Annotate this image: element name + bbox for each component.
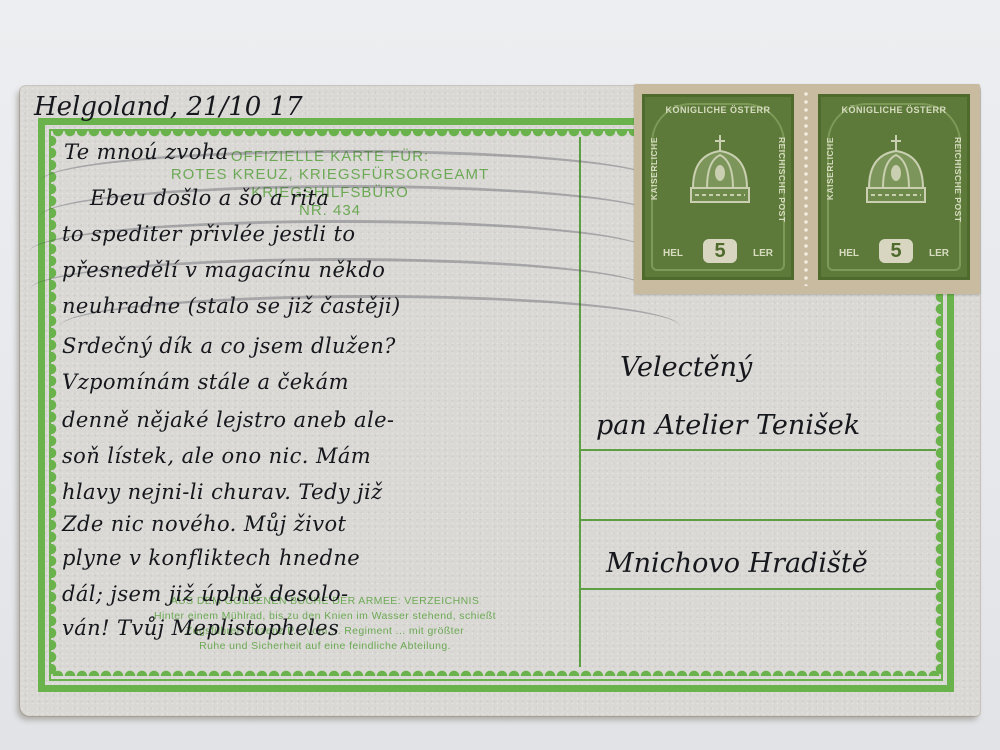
- message-line: Te mnoú zvoha: [64, 140, 229, 164]
- stamp-pair: KÖNIGLICHE ÖSTERR KAISERLICHE REICHISCHE…: [634, 84, 980, 294]
- stamp-text-left: KAISERLICHE: [649, 137, 659, 200]
- message-line: Vzpomínám stále a čekám: [62, 370, 349, 394]
- message-line: ván! Tvůj Meplistopheles: [62, 616, 339, 640]
- address-line-1: [581, 449, 936, 451]
- message-line: to spediter přivlée jestli to: [62, 222, 355, 246]
- stamp-unit-left: HEL: [663, 248, 683, 259]
- stamp-denomination: 5: [879, 239, 913, 263]
- message-line: neuhradne (stalo se již častěji): [62, 294, 401, 318]
- message-line: přesnedělí v magacínu někdo: [62, 258, 385, 282]
- stamp-text-right: REICHISCHE POST: [777, 137, 787, 222]
- address-line-3: [581, 588, 936, 590]
- stamp-text-left: KAISERLICHE: [825, 137, 835, 200]
- printed-footer-line: Ruhe und Sicherheit auf eine feindliche …: [70, 639, 580, 654]
- crown-icon: [861, 133, 931, 213]
- message-line: Zde nic nového. Můj život: [62, 512, 346, 536]
- address-salutation: Velectěný: [620, 352, 752, 383]
- wavy-border-bottom: [52, 668, 940, 676]
- message-line: Ebeu došlo a šo a rita: [90, 186, 329, 210]
- message-line: hlavy nejni-li churav. Tedy již: [62, 480, 383, 504]
- stamp-unit-left: HEL: [839, 248, 859, 259]
- crown-icon: [685, 133, 755, 213]
- handwritten-place-date: Helgoland, 21/10 17: [34, 92, 303, 122]
- stamp-unit-right: LER: [929, 248, 949, 259]
- stamp-perforation: [804, 90, 808, 286]
- address-line-2: [581, 519, 936, 521]
- message-line: Srdečný dík a co jsem dlužen?: [62, 334, 396, 358]
- stamp-text-right: REICHISCHE POST: [953, 137, 963, 222]
- stamp: KÖNIGLICHE ÖSTERR KAISERLICHE REICHISCHE…: [818, 94, 970, 280]
- stamp-text-top: KÖNIGLICHE ÖSTERR: [821, 105, 967, 115]
- address-recipient: pan Atelier Tenišek: [596, 410, 860, 441]
- address-city: Mnichovo Hradiště: [606, 548, 868, 579]
- message-line: dál; jsem již úplně desolo-: [62, 582, 349, 606]
- stamp-unit-right: LER: [753, 248, 773, 259]
- message-line: denně nějaké lejstro aneb ale-: [62, 408, 394, 432]
- stamp-denomination: 5: [703, 239, 737, 263]
- stamp: KÖNIGLICHE ÖSTERR KAISERLICHE REICHISCHE…: [642, 94, 794, 280]
- message-line: plyne v konfliktech hnedne: [62, 546, 360, 570]
- message-line: soň lístek, ale ono nic. Mám: [62, 444, 371, 468]
- stamp-text-top: KÖNIGLICHE ÖSTERR: [645, 105, 791, 115]
